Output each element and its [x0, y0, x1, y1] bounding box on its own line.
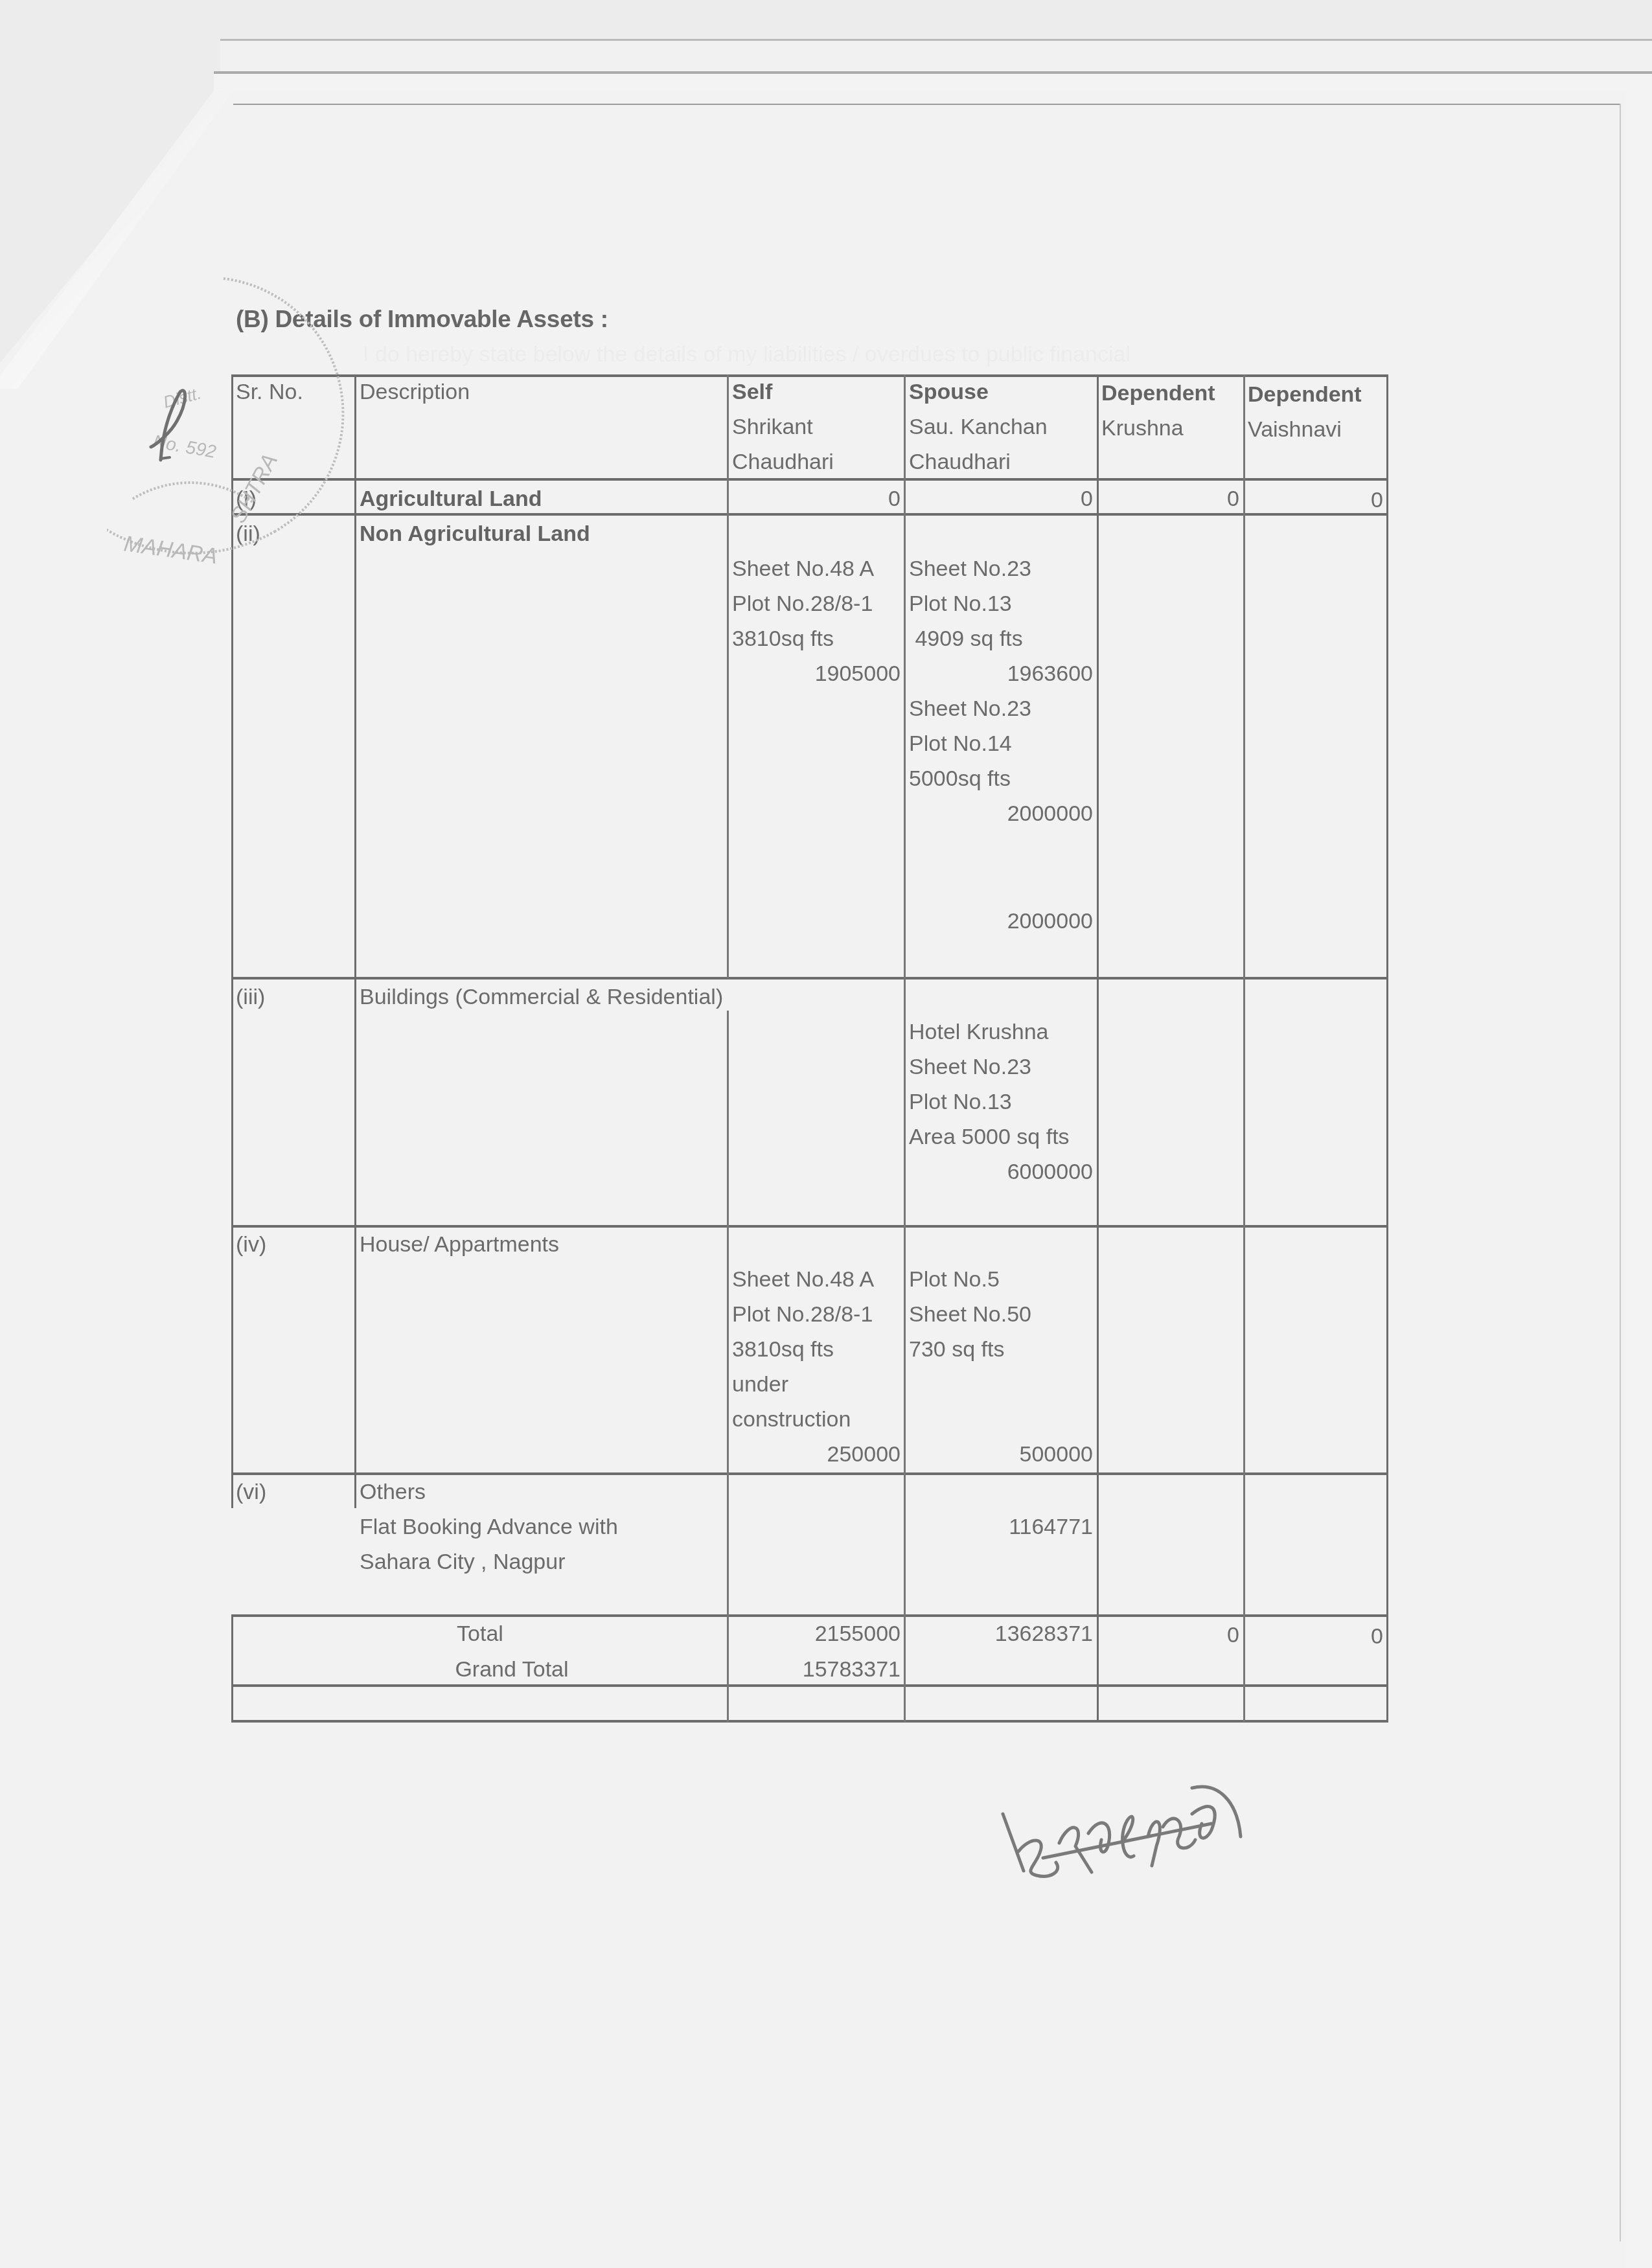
total-label: Total [233, 1616, 727, 1651]
document-page [0, 91, 1626, 2268]
spouse-detail-line: Plot No.14 [909, 726, 1012, 761]
header-dependent2-role: Dependent [1248, 377, 1362, 412]
initials-signature-icon [148, 382, 196, 466]
spouse-detail-line: Sheet No.23 [909, 551, 1031, 586]
self-detail-line: Sheet No.48 A [732, 551, 874, 586]
grand-total-value: 15783371 [729, 1652, 901, 1687]
column-divider-dependent1 [1097, 374, 1099, 1722]
header-self-role: Self [732, 374, 772, 409]
header-spouse-role: Spouse [909, 374, 989, 409]
self-detail-line: under [732, 1367, 788, 1402]
row-spouse-value: 2000000 [906, 796, 1093, 831]
header-spouse-name: Sau. Kanchan [909, 409, 1048, 444]
self-detail-line: construction [732, 1402, 851, 1437]
row-dependent1-value: 0 [1099, 481, 1239, 516]
header-dependent1-role: Dependent [1101, 376, 1215, 411]
self-detail-line: 3810sq fts [732, 621, 834, 656]
table-right-border [1386, 374, 1388, 1722]
spouse-detail-line: Plot No.13 [909, 586, 1012, 621]
table-bottom-border [231, 1720, 1388, 1723]
self-detail-line: Sheet No.48 A [732, 1262, 874, 1297]
row-spouse-value: 6000000 [906, 1154, 1093, 1189]
row-spouse-value: 1164771 [906, 1509, 1093, 1544]
header-sr-no: Sr. No. [236, 374, 303, 409]
self-detail-line: 3810sq fts [732, 1332, 834, 1367]
row-self-value: 1905000 [729, 656, 901, 691]
spouse-detail-line: Sheet No.23 [909, 691, 1031, 726]
spouse-detail-line: Sheet No.23 [909, 1049, 1031, 1084]
header-description: Description [360, 374, 470, 409]
row-sr: (vi) [236, 1474, 266, 1509]
row-description-line: Sahara City , Nagpur [360, 1544, 566, 1579]
self-detail-line: Plot No.28/8-1 [732, 586, 873, 621]
row-sr: (iv) [236, 1227, 266, 1262]
handwritten-signature-icon [978, 1775, 1250, 1885]
row-dependent2-value: 0 [1246, 483, 1383, 518]
column-divider-self [727, 1011, 729, 1722]
page-edge [233, 104, 1620, 105]
page-right-edge [1620, 104, 1621, 2241]
column-divider-sr [354, 374, 356, 1508]
row-self-value: 0 [729, 481, 901, 516]
spouse-detail-line: Sheet No.50 [909, 1297, 1031, 1332]
total-dependent2: 0 [1246, 1619, 1383, 1654]
header-self-name: Shrikant [732, 409, 813, 444]
self-detail-line: Plot No.28/8-1 [732, 1297, 873, 1332]
column-divider-self [727, 374, 729, 978]
spouse-detail-line: 730 sq fts [909, 1332, 1004, 1367]
column-divider-spouse [904, 374, 906, 1722]
row-description: Agricultural Land [360, 481, 542, 516]
row-sr: (ii) [236, 516, 260, 551]
row-description: House/ Appartments [360, 1227, 559, 1262]
row-description: Non Agricultural Land [360, 516, 590, 551]
column-divider-dependent2 [1243, 374, 1245, 1722]
header-dependent2-name: Vaishnavi [1248, 412, 1342, 447]
spouse-detail-line: Area 5000 sq fts [909, 1119, 1070, 1154]
total-dependent1: 0 [1099, 1618, 1239, 1653]
row-spouse-value: 500000 [906, 1437, 1093, 1472]
row-description: Buildings (Commercial & Residential) [360, 979, 723, 1014]
table-left-border [231, 374, 233, 1508]
spouse-detail-line: Plot No.5 [909, 1262, 1000, 1297]
row-sr: (I) [236, 481, 257, 516]
grand-total-label: Grand Total [233, 1652, 790, 1687]
header-spouse-name: Chaudhari [909, 444, 1011, 479]
header-self-name: Chaudhari [732, 444, 834, 479]
page-title: (B) Details of Immovable Assets : [236, 306, 608, 333]
total-spouse: 13628371 [906, 1616, 1093, 1651]
spouse-detail-line: Hotel Krushna [909, 1014, 1048, 1049]
header-dependent1-name: Krushna [1101, 411, 1184, 446]
spouse-detail-line: 5000sq fts [909, 761, 1011, 796]
row-spouse-value: 0 [906, 481, 1093, 516]
spouse-detail-line: 4909 sq fts [909, 621, 1023, 656]
spouse-detail-line: Plot No.13 [909, 1084, 1012, 1119]
total-self: 2155000 [729, 1616, 901, 1651]
row-description-line: Flat Booking Advance with [360, 1509, 618, 1544]
row-description: Others [360, 1474, 426, 1509]
row-self-value: 250000 [729, 1437, 901, 1472]
row-spouse-value: 1963600 [906, 656, 1093, 691]
row-sr: (iii) [236, 979, 265, 1014]
row-spouse-subtotal: 2000000 [906, 904, 1093, 939]
